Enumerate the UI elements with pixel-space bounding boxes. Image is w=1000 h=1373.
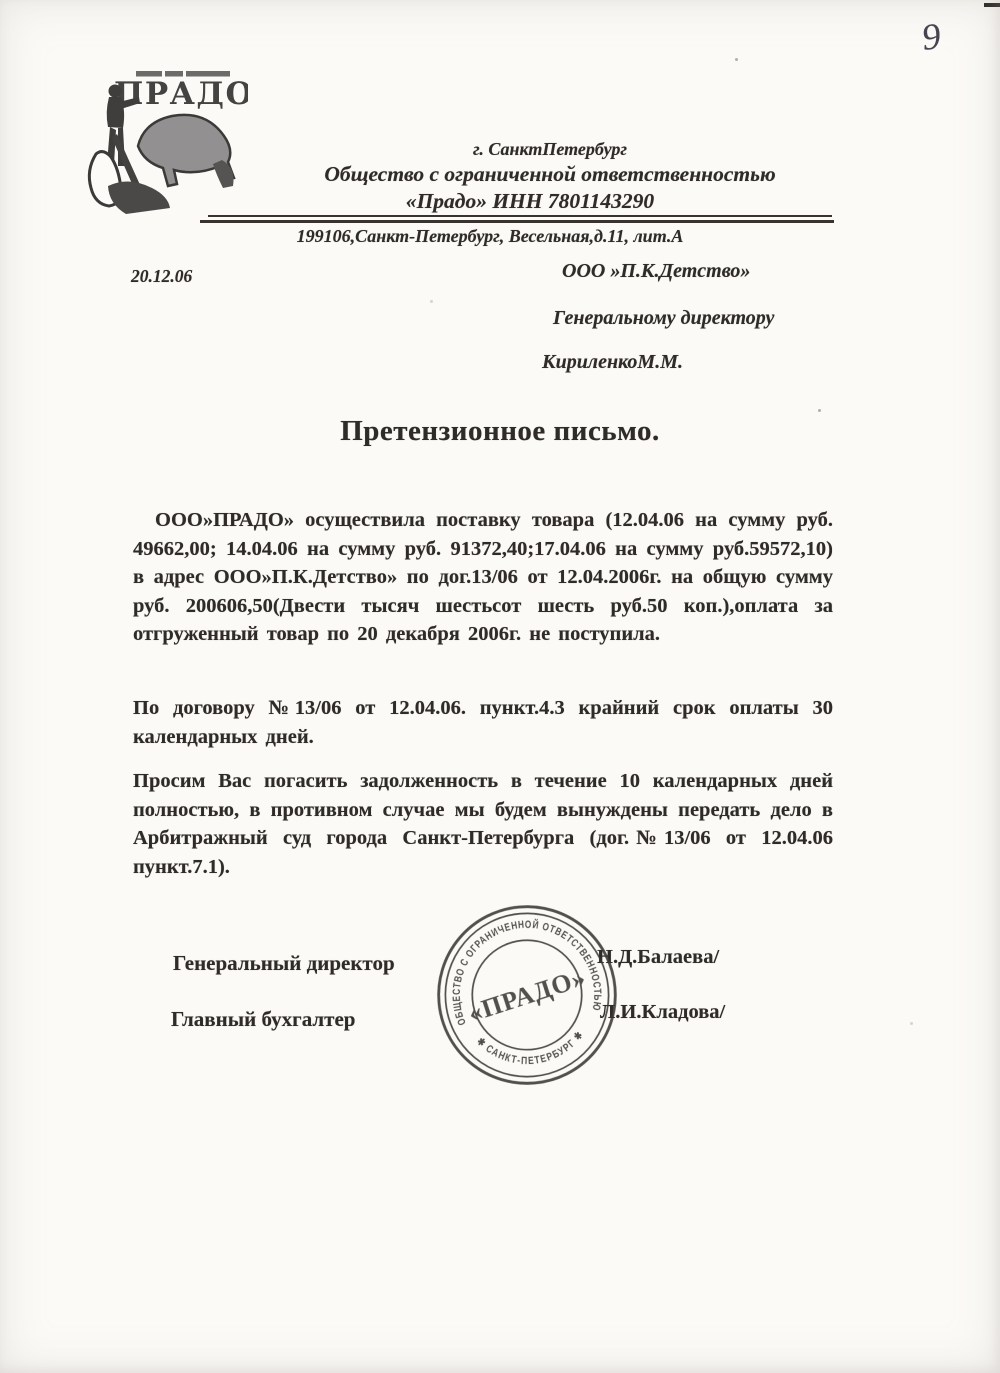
signature-title-director: Генеральный директор (173, 951, 395, 976)
letterhead-rule-thick (200, 220, 834, 223)
bull-icon (138, 115, 234, 188)
recipient-position: Генеральному директору (553, 307, 774, 330)
scan-speck (430, 300, 433, 303)
scan-speck (910, 1022, 913, 1025)
handwritten-page-number: 9 (919, 15, 943, 60)
stamp-center-text: «ПРАДО» (465, 962, 590, 1027)
logo-wordmark: ПРАДО (114, 76, 248, 112)
letter-date: 20.12.06 (131, 266, 192, 287)
signature-title-accountant: Главный бухгалтер (171, 1007, 355, 1032)
body-paragraph-2: По договору №13/06 от 12.04.06. пункт.4.… (133, 694, 833, 751)
letterhead-address: 199106,Санкт-Петербург, Весельная,д.11, … (190, 226, 790, 247)
scan-speck (818, 409, 821, 412)
letterhead-city: г. СанктПетербург (250, 139, 850, 160)
letterhead-rule-thin (208, 215, 832, 217)
recipient-company: ООО »П.К.Детство» (562, 260, 750, 283)
letterhead-company-type: Общество с ограниченной ответственностью (230, 162, 870, 187)
round-company-stamp: ОБЩЕСТВО С ОГРАНИЧЕННОЙ ОТВЕТСТВЕННОСТЬЮ… (423, 891, 631, 1099)
letter-title: Претензионное письмо. (250, 415, 750, 448)
scan-speck (735, 58, 738, 61)
letterhead-company-inn: «Прадо» ИНН 7801143290 (210, 189, 850, 214)
scan-artifact-dash (984, 3, 1000, 7)
ground-shadow (108, 181, 170, 214)
body-paragraph-1: ООО»ПРАДО» осуществила поставку товара (… (133, 506, 833, 649)
body-paragraph-3: Просим Вас погасить задолженность в тече… (133, 767, 833, 881)
recipient-name: КириленкоМ.М. (542, 351, 683, 374)
scanned-letter-page: 9 ПРАДО г. СанктПетербург Обществ (0, 0, 1000, 1373)
